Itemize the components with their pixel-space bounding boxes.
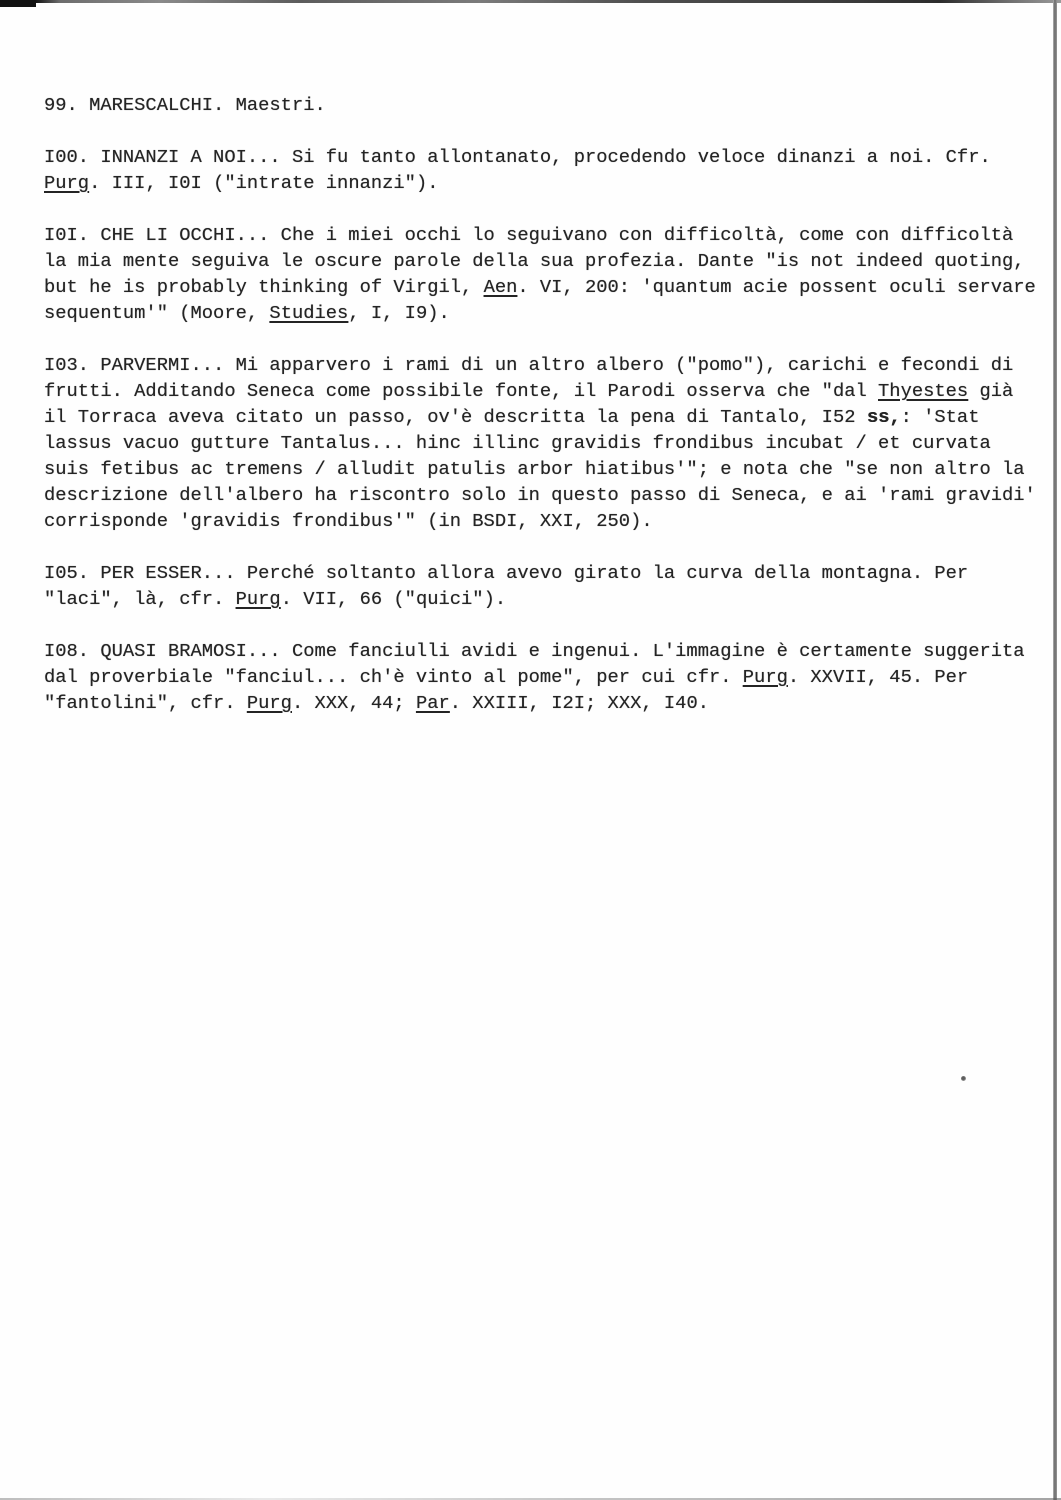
text-segment: , I, I9). [348,302,449,324]
underlined-text: Purg [236,588,281,610]
scan-artifact-top-left [0,0,36,7]
page-top-edge-line [0,0,1061,3]
underlined-text: Purg [44,172,89,194]
note-105: I05. PER ESSER... Perché soltanto allora… [44,560,1046,612]
note-108: I08. QUASI BRAMOSI... Come fanciulli avi… [44,638,1046,716]
text-segment: 99. MARESCALCHI. Maestri. [44,94,326,116]
text-segment: . III, I0I ("intrate innanzi"). [89,172,438,194]
underlined-text: Thyestes [878,380,968,402]
scan-speck [961,1076,966,1081]
underlined-text: Purg [247,692,292,714]
underlined-text: Purg [743,666,788,688]
text-segment: I03. PARVERMI... Mi apparvero i rami di … [44,354,1013,402]
underlined-text: Aen [484,276,518,298]
document-body: 99. MARESCALCHI. Maestri.I00. INNANZI A … [44,92,1046,742]
note-103: I03. PARVERMI... Mi apparvero i rami di … [44,352,1046,534]
page-right-edge-line [1053,0,1057,1500]
note-101: I0I. CHE LI OCCHI... Che i miei occhi lo… [44,222,1046,326]
text-segment: . XXX, 44; [292,692,416,714]
underlined-text: Studies [269,302,348,324]
document-page: 99. MARESCALCHI. Maestri.I00. INNANZI A … [0,0,1061,1500]
note-99: 99. MARESCALCHI. Maestri. [44,92,1046,118]
underlined-text: Par [416,692,450,714]
text-segment: I00. INNANZI A NOI... Si fu tanto allont… [44,146,991,168]
note-100: I00. INNANZI A NOI... Si fu tanto allont… [44,144,1046,196]
bold-text: ss, [867,406,901,428]
text-segment: . VII, 66 ("quici"). [281,588,506,610]
text-segment: . XXIII, I2I; XXX, I40. [450,692,709,714]
